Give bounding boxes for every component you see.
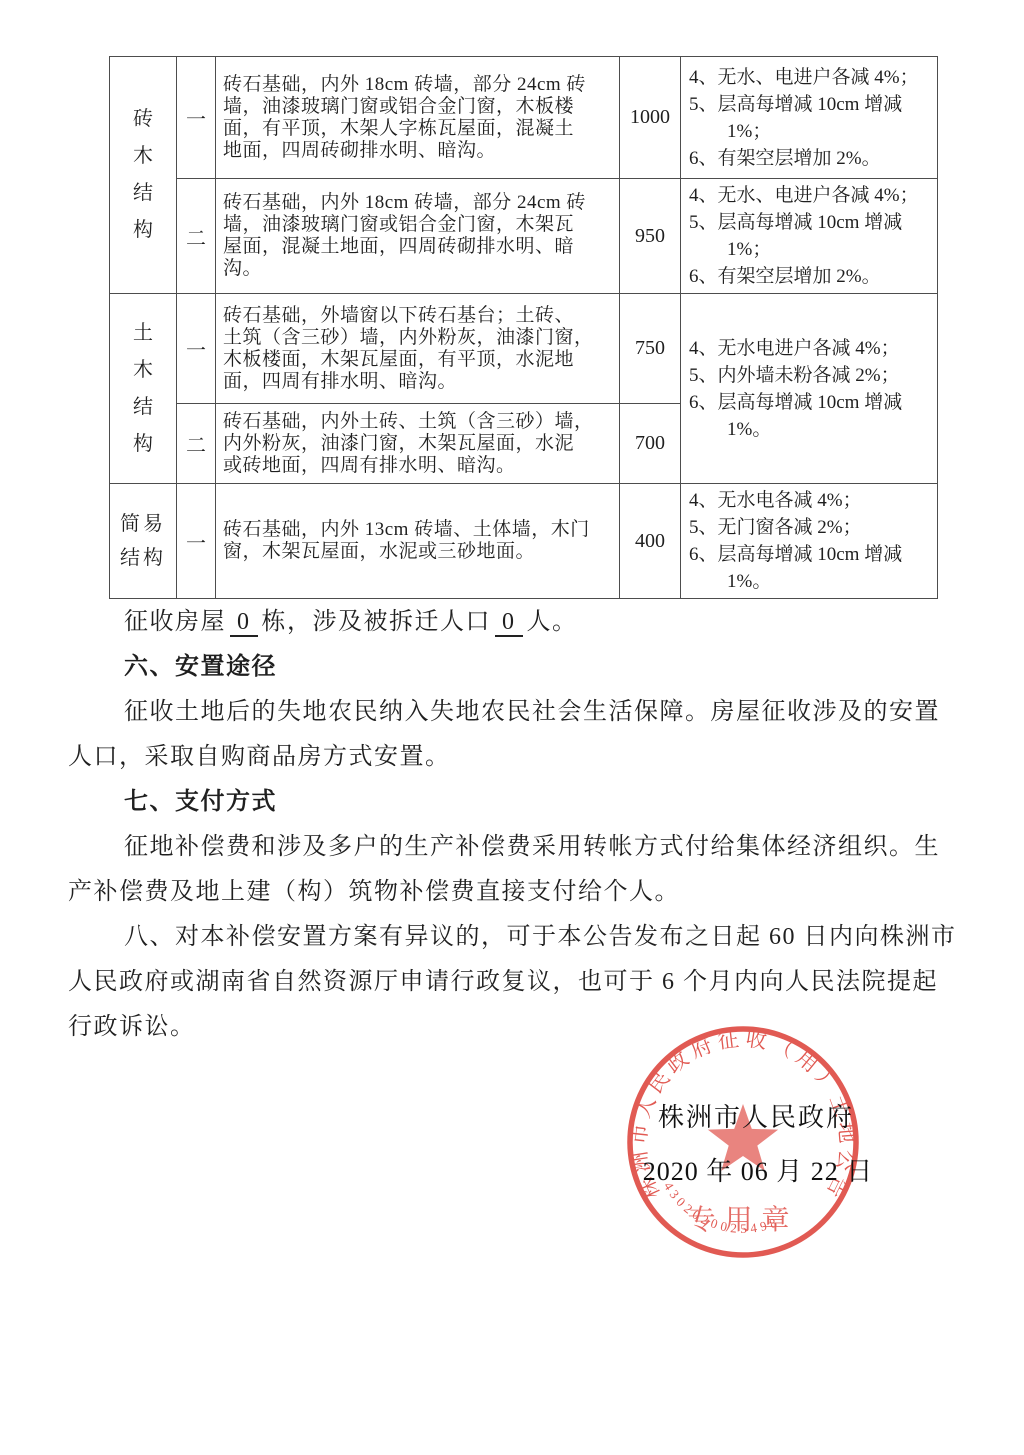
table-row: 二 砖石基础，内外 18cm 砖墙，部分 24cm 砖 墙，油漆玻璃门窗或铝合金… [110,179,938,294]
note-item: 4、无水、电进户各减 4%； [689,182,929,209]
structure-label: 土木结构 [132,315,155,463]
class-cell: 一 [177,57,216,179]
note-item: 5、内外墙未粉各减 2%； [689,362,929,389]
description-cell: 砖石基础，内外 18cm 砖墙，部分 24cm 砖 墙，油漆玻璃门窗或铝合金门窗… [216,57,620,179]
table-row: 砖木结构 一 砖石基础，内外 18cm 砖墙，部分 24cm 砖 墙，油漆玻璃门… [110,57,938,179]
official-seal: 株洲市人民政府征收（用）土地公告 4302020025498 专用章 [620,1022,866,1268]
body-text: 征收房屋0栋，涉及被拆迁人口0人。 六、安置途径 征收土地后的失地农民纳入失地农… [68,600,968,1050]
section-6-paragraph: 征收土地后的失地农民纳入失地农民社会生活保障。房屋征收涉及的安置 人口，采取自购… [68,690,968,780]
description-cell: 砖石基础，外墙窗以下砖石基台；土砖、 土筑（含三砂）墙，内外粉灰，油漆门窗， 木… [216,294,620,404]
description-cell: 砖石基础，内外土砖、土筑（含三砂）墙， 内外粉灰，油漆门窗，木架瓦屋面，水泥 或… [216,404,620,484]
issue-date: 2020 年 06 月 22 日 [638,1151,878,1188]
houses-line-seg1: 征收房屋 [124,609,226,635]
document-page: 砖木结构 一 砖石基础，内外 18cm 砖墙，部分 24cm 砖 墙，油漆玻璃门… [0,0,1024,1455]
note-item: 6、有架空层增加 2%。 [689,145,929,172]
structure-cell: 简易结构 [110,484,177,599]
structure-cell: 砖木结构 [110,57,177,294]
houses-line-seg2: 栋，涉及被拆迁人口 [262,609,492,635]
table-row: 土木结构 一 砖石基础，外墙窗以下砖石基台；土砖、 土筑（含三砂）墙，内外粉灰，… [110,294,938,404]
houses-line: 征收房屋0栋，涉及被拆迁人口0人。 [68,600,968,645]
notes-cell: 4、无水、电进户各减 4%； 5、层高每增减 10cm 增减 1%； 6、有架空… [681,179,938,294]
price-cell: 750 [620,294,681,404]
structure-cell: 土木结构 [110,294,177,484]
description-cell: 砖石基础，内外 18cm 砖墙，部分 24cm 砖 墙，油漆玻璃门窗或铝合金门窗… [216,179,620,294]
structure-label: 简易结构 [119,507,167,575]
compensation-table: 砖木结构 一 砖石基础，内外 18cm 砖墙，部分 24cm 砖 墙，油漆玻璃门… [109,56,938,599]
price-cell: 950 [620,179,681,294]
people-count: 0 [495,609,523,637]
class-cell: 二 [177,179,216,294]
note-item: 5、无门窗各减 2%； [689,514,929,541]
class-cell: 一 [177,484,216,599]
issuer-name: 株洲市人民政府 [650,1097,862,1134]
class-cell: 二 [177,404,216,484]
notes-cell: 4、无水电进户各减 4%； 5、内外墙未粉各减 2%； 6、层高每增减 10cm… [681,294,938,484]
table-row: 简易结构 一 砖石基础，内外 13cm 砖墙、土体墙，木门 窗，木架瓦屋面，水泥… [110,484,938,599]
houses-count: 0 [230,609,258,637]
class-cell: 一 [177,294,216,404]
note-item: 5、层高每增减 10cm 增减 1%； [689,209,929,263]
structure-label: 砖木结构 [132,101,155,249]
price-cell: 400 [620,484,681,599]
note-item: 4、无水电进户各减 4%； [689,335,929,362]
notes-cell: 4、无水电各减 4%； 5、无门窗各减 2%； 6、层高每增减 10cm 增减 … [681,484,938,599]
note-item: 6、层高每增减 10cm 增减 1%。 [689,541,929,595]
note-item: 6、有架空层增加 2%。 [689,263,929,290]
section-heading-7: 七、支付方式 [68,780,968,825]
notes-cell: 4、无水、电进户各减 4%； 5、层高每增减 10cm 增减 1%； 6、有架空… [681,57,938,179]
seal-bottom-label: 专用章 [687,1204,798,1236]
price-cell: 1000 [620,57,681,179]
houses-line-seg3: 人。 [527,609,578,635]
description-cell: 砖石基础，内外 13cm 砖墙、土体墙，木门 窗，木架瓦屋面，水泥或三砂地面。 [216,484,620,599]
section-heading-6: 六、安置途径 [68,645,968,690]
note-item: 6、层高每增减 10cm 增减 1%。 [689,389,929,443]
seal-graphic: 株洲市人民政府征收（用）土地公告 4302020025498 专用章 [620,1022,866,1268]
note-item: 5、层高每增减 10cm 增减 1%； [689,91,929,145]
note-item: 4、无水电各减 4%； [689,487,929,514]
section-7-paragraph: 征地补偿费和涉及多户的生产补偿费采用转帐方式付给集体经济组织。生 产补偿费及地上… [68,825,968,915]
price-cell: 700 [620,404,681,484]
note-item: 4、无水、电进户各减 4%； [689,64,929,91]
